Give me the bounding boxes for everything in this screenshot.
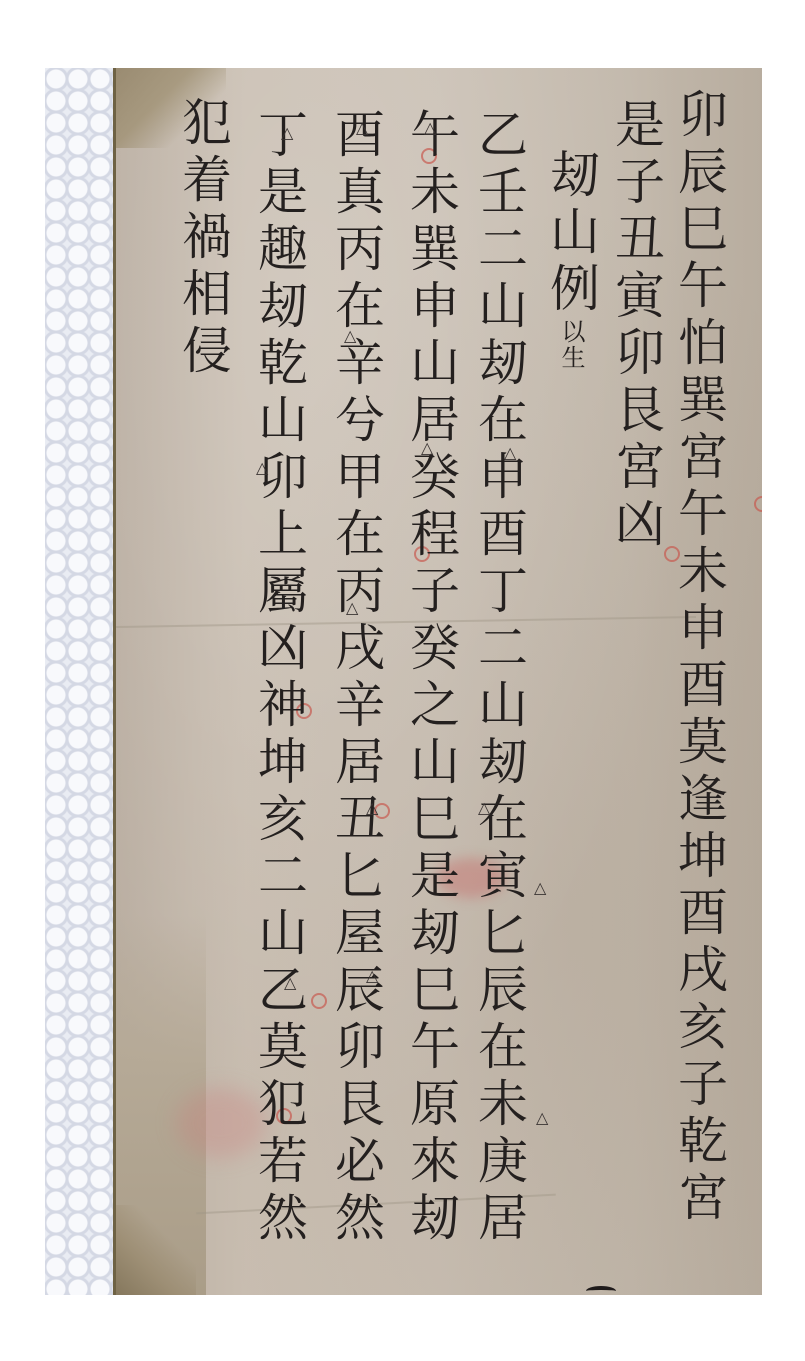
triangle-mark: △ — [346, 598, 358, 617]
triangle-mark: △ — [504, 443, 516, 462]
text-column-5: 午未巽申山居癸程子癸之山巳是刼巳午原來刼 — [406, 108, 456, 1248]
text-column-2: 是子丑寅卯艮宮凶 — [611, 98, 661, 554]
foam-background — [45, 68, 117, 1295]
text-column-3-heading: 刼山例以生 — [546, 148, 596, 371]
red-ring-mark — [311, 993, 327, 1009]
triangle-mark: △ — [356, 118, 368, 137]
triangle-mark: △ — [536, 1108, 548, 1127]
triangle-mark: △ — [421, 438, 433, 457]
text-column-8: 犯着禍相侵 — [178, 96, 228, 381]
heading-note: 以生 — [557, 319, 585, 371]
triangle-mark: △ — [256, 458, 268, 477]
triangle-mark: △ — [344, 326, 356, 345]
triangle-mark: △ — [366, 798, 378, 817]
triangle-mark: △ — [284, 973, 296, 992]
triangle-mark: △ — [366, 966, 378, 985]
text-column-7: 丁是趣刼乾山卯上屬凶神坤亥二山乙莫犯若然 — [254, 108, 304, 1248]
triangle-mark: △ — [478, 798, 490, 817]
triangle-mark: △ — [424, 118, 436, 137]
triangle-mark: △ — [534, 878, 546, 897]
text-column-1: 卯辰巳午怕巽宮午未申酉莫逢坤酉戌亥子乾宮 — [674, 88, 724, 1228]
heading-text: 刼山例 — [542, 148, 600, 319]
red-ring-mark — [754, 496, 762, 512]
ink-stroke-fragment — [586, 1286, 616, 1295]
triangle-mark: △ — [281, 123, 293, 142]
manuscript-photo: 卯辰巳午怕巽宮午未申酉莫逢坤酉戌亥子乾宮 是子丑寅卯艮宮凶 刼山例以生 乙壬二山… — [45, 68, 762, 1295]
bottom-left-fold — [116, 1205, 196, 1295]
text-column-4: 乙壬二山刼在申酉丁二山刼在寅匕辰在未庚居 — [474, 108, 524, 1248]
paper-page: 卯辰巳午怕巽宮午未申酉莫逢坤酉戌亥子乾宮 是子丑寅卯艮宮凶 刼山例以生 乙壬二山… — [113, 68, 762, 1295]
text-column-6: 酉真丙在辛兮甲在丙戌辛居丑匕屋辰卯艮必然 — [331, 108, 381, 1248]
